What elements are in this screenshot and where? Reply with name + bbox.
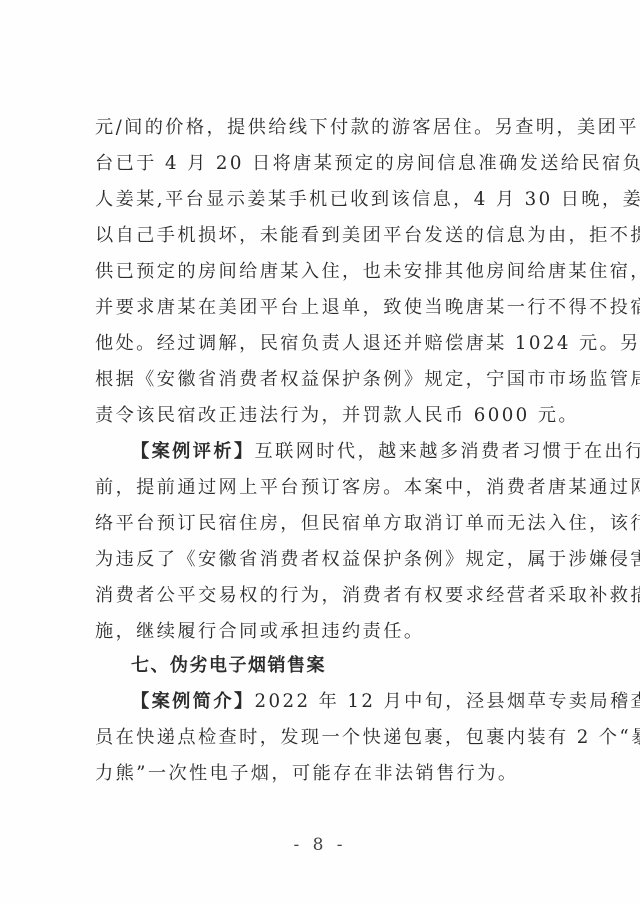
body-text-line: 根据《安徽省消费者权益保护条例》规定，宁国市市场监管局 <box>95 368 555 392</box>
document-page: 元/间的价格，提供给线下付款的游客居住。另查明，美团平 台已于 4 月 20 日… <box>0 0 640 904</box>
body-text-line: 员在快递点检查时，发现一个快递包裹，包裹内装有 2 个“暴 <box>95 726 555 750</box>
body-text-line: 供已预定的房间给唐某入住，也未安排其他房间给唐某住宿， <box>95 260 555 284</box>
analysis-text: 互联网时代，越来越多消费者习惯于在出行 <box>255 441 640 462</box>
body-text-line: 消费者公平交易权的行为，消费者有权要求经营者采取补救措 <box>95 584 555 608</box>
body-text-line: 责令该民宿改正违法行为，并罚款人民币 6000 元。 <box>95 404 555 428</box>
page-number: - 8 - <box>0 835 640 855</box>
intro-text: 2022 年 12 月中旬，泾县烟草专卖局稽查人 <box>255 691 640 712</box>
body-text-line: 施，继续履行合同或承担违约责任。 <box>95 620 555 644</box>
body-text-line: 以自己手机损坏，未能看到美团平台发送的信息为由，拒不提 <box>95 224 555 248</box>
body-text-line: 并要求唐某在美团平台上退单，致使当晚唐某一行不得不投宿 <box>95 296 555 320</box>
analysis-first-line: 【案例评析】互联网时代，越来越多消费者习惯于在出行 <box>131 440 555 464</box>
intro-label: 【案例简介】 <box>131 691 255 712</box>
section-heading: 七、伪劣电子烟销售案 <box>131 654 555 678</box>
body-text-line: 人姜某,平台显示姜某手机已收到该信息，4 月 30 日晚，姜某 <box>95 188 555 212</box>
body-text-line: 前，提前通过网上平台预订客房。本案中，消费者唐某通过网 <box>95 476 555 500</box>
analysis-label: 【案例评析】 <box>131 441 255 462</box>
intro-first-line: 【案例简介】2022 年 12 月中旬，泾县烟草专卖局稽查人 <box>131 690 555 714</box>
body-text-line: 络平台预订民宿住房，但民宿单方取消订单而无法入住，该行 <box>95 512 555 536</box>
body-text-line: 为违反了《安徽省消费者权益保护条例》规定，属于涉嫌侵害 <box>95 548 555 572</box>
body-text-line: 力熊”一次性电子烟，可能存在非法销售行为。 <box>95 762 555 786</box>
body-text-line: 他处。经过调解，民宿负责人退还并赔偿唐某 1024 元。另外， <box>95 332 555 356</box>
body-text-line: 元/间的价格，提供给线下付款的游客居住。另查明，美团平 <box>95 116 555 140</box>
body-text-line: 台已于 4 月 20 日将唐某预定的房间信息准确发送给民宿负责 <box>95 152 555 176</box>
